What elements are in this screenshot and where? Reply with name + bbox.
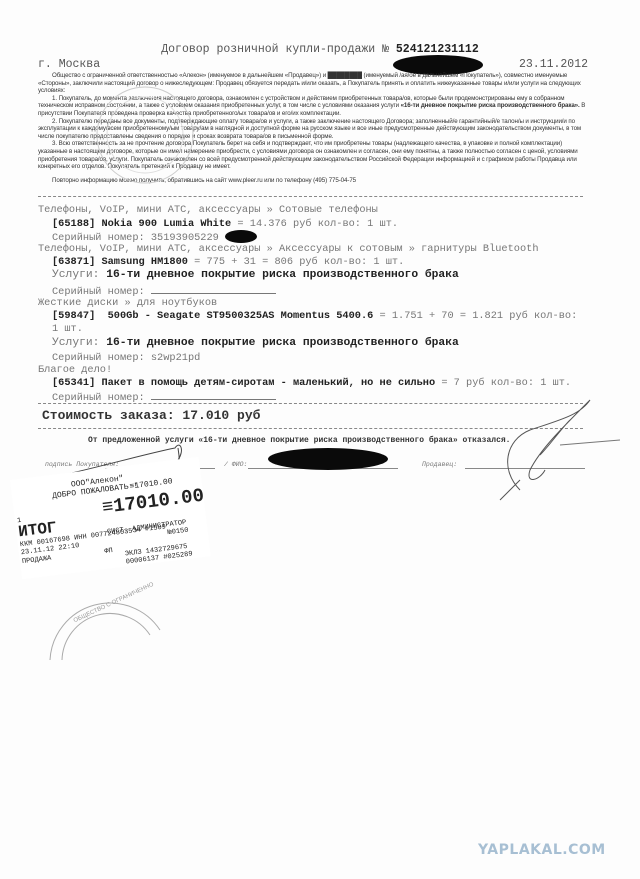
receipt-op-no: №0150: [167, 527, 189, 538]
faint-stamp-icon: [90, 80, 200, 190]
receipt-fp: ФП: [104, 547, 113, 556]
contract-page: Договор розничной купли-продажи № 524121…: [0, 0, 640, 879]
company-stamp-icon: [40, 585, 170, 665]
watermark-logo: YAPLAKAL.COM: [478, 842, 606, 858]
